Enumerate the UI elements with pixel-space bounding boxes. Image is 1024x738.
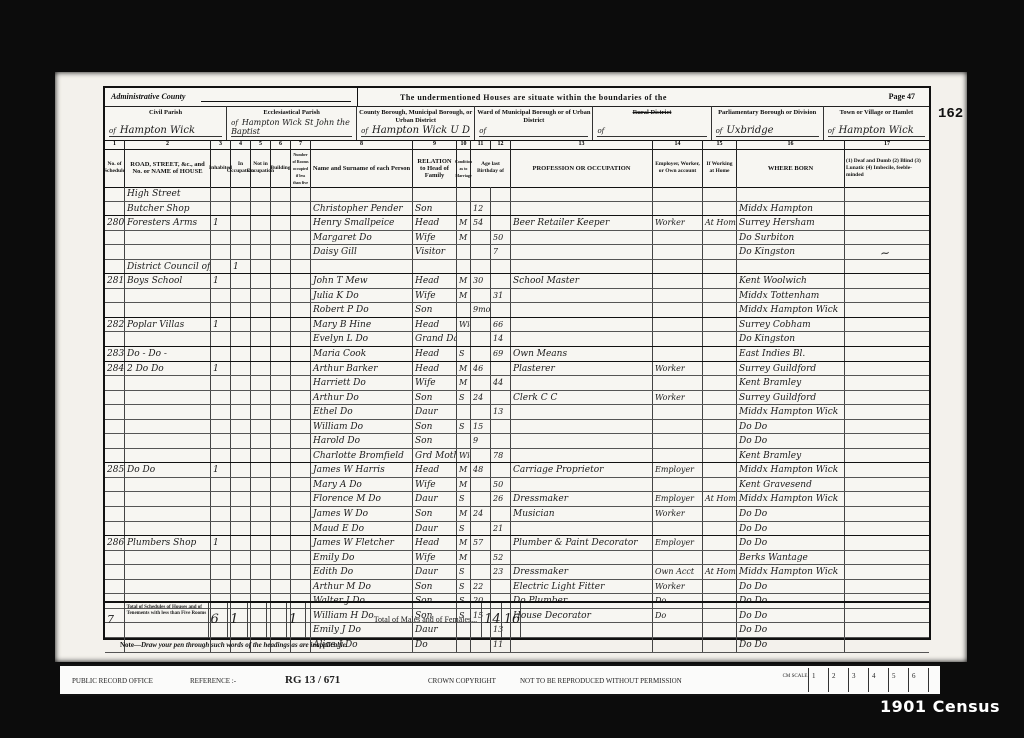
employer-cell (653, 187, 703, 201)
column-headings: No. of Schedule ROAD, STREET, &c., and N… (105, 149, 929, 188)
female-age-cell: 66 (491, 318, 511, 332)
not-in-occupation-cell (251, 507, 271, 521)
road-cell (125, 245, 211, 259)
where-born-cell: Do Do (737, 522, 845, 536)
not-in-occupation-cell (251, 405, 271, 419)
parliamentary-borough-value: ofUxbridge (716, 125, 819, 137)
where-born-cell: Surrey Guildford (737, 391, 845, 405)
name-cell: Florence M Do (311, 492, 413, 506)
road-cell (125, 391, 211, 405)
total-building (267, 603, 287, 638)
condition-cell (457, 332, 471, 346)
road-cell (125, 420, 211, 434)
at-home-cell (703, 245, 737, 259)
female-age-cell: 44 (491, 376, 511, 390)
schedule-cell (105, 522, 125, 536)
relation-cell: Grand Daut (413, 332, 457, 346)
in-occupation-cell (231, 362, 251, 376)
male-age-cell: 57 (471, 536, 491, 550)
female-age-cell (491, 303, 511, 317)
scale-mark-1: 1 (808, 668, 828, 692)
municipal-ward-value: of (479, 125, 588, 137)
condition-cell: M (457, 463, 471, 477)
male-age-cell (471, 289, 491, 303)
female-age-cell (491, 536, 511, 550)
in-occupation-cell (231, 522, 251, 536)
condition-cell: Wid (457, 449, 471, 463)
employer-cell: Own Acct (653, 565, 703, 579)
heading-building: Building (271, 149, 291, 187)
urban-district-label: County Borough, Municipal Borough, or Ur… (357, 106, 474, 125)
table-row: Harriett DoWifeM44Kent Bramley (105, 376, 929, 391)
female-age-cell: 50 (491, 478, 511, 492)
relation-cell: Daur (413, 565, 457, 579)
table-row: Julia K DoWifeM31Middx Tottenham (105, 289, 929, 304)
name-cell: James W Fletcher (311, 536, 413, 550)
schedule-cell (105, 492, 125, 506)
table-row: Robert P DoSon9moMiddx Hampton Wick (105, 303, 929, 318)
infirmity-cell (845, 522, 929, 536)
name-cell: Mary A Do (311, 478, 413, 492)
schedule-cell (105, 420, 125, 434)
female-age-cell (491, 434, 511, 448)
margin-annotation: ~ (879, 245, 891, 260)
not-in-occupation-cell (251, 231, 271, 245)
name-cell: Arthur Barker (311, 362, 413, 376)
at-home-cell (703, 376, 737, 390)
table-row: Arthur M DoSonS22Electric Light FitterWo… (105, 580, 929, 595)
occupation-cell: Dressmaker (511, 492, 653, 506)
scale-mark-end (928, 668, 958, 692)
condition-cell: S (457, 492, 471, 506)
table-row: 285Do Do1James W HarrisHeadM48Carriage P… (105, 463, 929, 478)
col-num-15: 15 (703, 140, 737, 149)
building-cell (271, 522, 291, 536)
employer-cell: Employer (653, 492, 703, 506)
town-village-hamlet-label: Town or Village or Hamlet (824, 106, 929, 117)
not-in-occupation-cell (251, 565, 271, 579)
female-age-cell: 13 (491, 405, 511, 419)
at-home-cell (703, 507, 737, 521)
inhabited-cell (211, 245, 231, 259)
condition-cell (457, 405, 471, 419)
female-age-cell: 14 (491, 332, 511, 346)
female-age-cell (491, 187, 511, 201)
table-row: Charlotte BromfieldGrd MotherWid78Kent B… (105, 449, 929, 464)
occupation-cell (511, 231, 653, 245)
reproduction-notice: NOT TO BE REPRODUCED WITHOUT PERMISSION (520, 677, 682, 685)
condition-cell: M (457, 289, 471, 303)
female-age-cell: 31 (491, 289, 511, 303)
road-cell: Butcher Shop (125, 202, 211, 216)
occupation-cell: Clerk C C (511, 391, 653, 405)
schedule-cell: 282 (105, 318, 125, 332)
male-age-cell (471, 187, 491, 201)
infirmity-cell (845, 420, 929, 434)
not-in-occupation-cell (251, 536, 271, 550)
building-cell (271, 565, 291, 579)
employer-cell (653, 376, 703, 390)
administrative-county-box: Administrative County (105, 88, 358, 106)
inhabited-cell (211, 347, 231, 361)
rooms-cell (291, 289, 311, 303)
male-age-cell (471, 245, 491, 259)
occupation-cell: Musician (511, 507, 653, 521)
at-home-cell (703, 391, 737, 405)
col-num-12: 12 (491, 140, 511, 149)
road-cell (125, 580, 211, 594)
total-inhabited: 6 (209, 603, 229, 638)
schedule-cell (105, 376, 125, 390)
male-age-cell: 22 (471, 580, 491, 594)
rooms-cell (291, 551, 311, 565)
male-age-cell (471, 231, 491, 245)
relation-cell: Wife (413, 551, 457, 565)
schedule-cell (105, 303, 125, 317)
where-born-cell: Middx Hampton (737, 202, 845, 216)
female-age-cell: 21 (491, 522, 511, 536)
table-row: Butcher ShopChristopher PenderSon12Middx… (105, 202, 929, 217)
building-cell (271, 216, 291, 230)
employer-cell (653, 303, 703, 317)
building-cell (271, 463, 291, 477)
name-cell (311, 260, 413, 274)
inhabited-cell (211, 522, 231, 536)
total-not-in-occupation (248, 603, 268, 638)
schedule-cell (105, 187, 125, 201)
in-occupation-cell (231, 449, 251, 463)
inhabited-cell (211, 260, 231, 274)
infirmity-cell (845, 187, 929, 201)
schedule-cell: 280 (105, 216, 125, 230)
occupation-cell: School Master (511, 274, 653, 288)
relation-cell: Head (413, 347, 457, 361)
where-born-cell: Do Do (737, 420, 845, 434)
civil-parish: Civil Parish ofHampton Wick (105, 106, 227, 140)
not-in-occupation-cell (251, 347, 271, 361)
boundaries-intro: The undermentioned Houses are situate wi… (400, 93, 667, 102)
not-in-occupation-cell (251, 492, 271, 506)
infirmity-cell (845, 362, 929, 376)
rooms-cell (291, 507, 311, 521)
at-home-cell (703, 580, 737, 594)
occupation-cell (511, 318, 653, 332)
male-age-cell: 54 (471, 216, 491, 230)
rooms-cell (291, 492, 311, 506)
rooms-cell (291, 187, 311, 201)
name-cell: Emily Do (311, 551, 413, 565)
building-cell (271, 245, 291, 259)
at-home-cell (703, 551, 737, 565)
reference-label: REFERENCE :- (190, 677, 236, 685)
occupation-cell: Electric Light Fitter (511, 580, 653, 594)
at-home-cell (703, 463, 737, 477)
not-in-occupation-cell (251, 289, 271, 303)
rural-district-value: of (597, 125, 706, 137)
male-age-cell (471, 551, 491, 565)
schedule-cell (105, 231, 125, 245)
infirmity-cell (845, 551, 929, 565)
relation-cell: Son (413, 202, 457, 216)
infirmity-cell (845, 580, 929, 594)
building-cell (271, 551, 291, 565)
rooms-cell (291, 463, 311, 477)
total-females: 16 (502, 603, 522, 638)
where-born-cell: Middx Tottenham (737, 289, 845, 303)
where-born-cell: Surrey Guildford (737, 362, 845, 376)
male-age-cell: 30 (471, 274, 491, 288)
table-row: Ethel DoDaur13Middx Hampton Wick (105, 405, 929, 420)
building-cell (271, 303, 291, 317)
administrative-county-line (201, 101, 351, 102)
road-cell (125, 332, 211, 346)
in-occupation-cell (231, 420, 251, 434)
male-age-cell (471, 492, 491, 506)
occupation-cell (511, 551, 653, 565)
rooms-cell (291, 391, 311, 405)
relation-cell: Son (413, 303, 457, 317)
not-in-occupation-cell (251, 318, 271, 332)
occupation-cell (511, 434, 653, 448)
in-occupation-cell (231, 347, 251, 361)
infirmity-cell (845, 347, 929, 361)
road-cell (125, 405, 211, 419)
road-cell: Do - Do - (125, 347, 211, 361)
male-age-cell (471, 318, 491, 332)
female-age-cell: 7 (491, 245, 511, 259)
table-row: 283Do - Do -Maria CookHeadS69Own MeansEa… (105, 347, 929, 362)
col-num-11: 11 (471, 140, 491, 149)
town-village-hamlet-value: ofHampton Wick (828, 125, 925, 137)
inhabited-cell (211, 391, 231, 405)
occupation-cell (511, 522, 653, 536)
condition-cell: M (457, 274, 471, 288)
infirmity-cell (845, 289, 929, 303)
name-cell: James W Do (311, 507, 413, 521)
infirmity-cell (845, 391, 929, 405)
inhabited-cell (211, 303, 231, 317)
name-cell: Mary B Hine (311, 318, 413, 332)
census-form: Administrative County The undermentioned… (103, 86, 931, 640)
at-home-cell (703, 536, 737, 550)
in-occupation-cell (231, 434, 251, 448)
in-occupation-cell (231, 231, 251, 245)
building-cell (271, 449, 291, 463)
table-row: 280Foresters Arms1Henry SmallpeiceHeadM5… (105, 216, 929, 231)
relation-cell: Wife (413, 478, 457, 492)
male-age-cell: 48 (471, 463, 491, 477)
relation-cell: Head (413, 216, 457, 230)
schedule-cell (105, 434, 125, 448)
schedule-cell (105, 245, 125, 259)
in-occupation-cell (231, 565, 251, 579)
schedule-cell: 286 (105, 536, 125, 550)
building-cell (271, 274, 291, 288)
inhabited-cell (211, 289, 231, 303)
rooms-cell (291, 420, 311, 434)
rooms-cell (291, 303, 311, 317)
at-home-cell (703, 449, 737, 463)
not-in-occupation-cell (251, 376, 271, 390)
col-num-9: 9 (413, 140, 457, 149)
employer-cell: Employer (653, 463, 703, 477)
at-home-cell (703, 318, 737, 332)
in-occupation-cell (231, 303, 251, 317)
building-cell (271, 187, 291, 201)
occupation-cell (511, 376, 653, 390)
scale-mark-6: 6 (908, 668, 928, 692)
town-village-hamlet: Town or Village or Hamlet ofHampton Wick (824, 106, 929, 140)
table-row: Florence M DoDaurS26DressmakerEmployerAt… (105, 492, 929, 507)
col-num-3: 3 (211, 140, 231, 149)
schedule-cell (105, 478, 125, 492)
relation-cell: Wife (413, 231, 457, 245)
relation-cell: Do (413, 638, 457, 652)
total-males-females-label: Total of Males and of Females... (306, 603, 482, 638)
occupation-cell (511, 202, 653, 216)
rooms-cell (291, 216, 311, 230)
rooms-cell (291, 202, 311, 216)
road-cell (125, 492, 211, 506)
name-cell: Henry Smallpeice (311, 216, 413, 230)
inhabited-cell (211, 565, 231, 579)
name-cell: Julia K Do (311, 289, 413, 303)
col-num-5: 5 (251, 140, 271, 149)
not-in-occupation-cell (251, 274, 271, 288)
building-cell (271, 536, 291, 550)
scale-mark-5: 5 (888, 668, 908, 692)
infirmity-cell (845, 216, 929, 230)
reference-number: RG 13 / 671 (285, 674, 340, 686)
at-home-cell (703, 434, 737, 448)
table-row: Harold DoSon9Do Do (105, 434, 929, 449)
road-cell: District Council offices (125, 260, 211, 274)
not-in-occupation-cell (251, 449, 271, 463)
civil-parish-value: ofHampton Wick (109, 125, 222, 137)
rooms-cell (291, 449, 311, 463)
road-cell: 2 Do Do (125, 362, 211, 376)
name-cell: Harold Do (311, 434, 413, 448)
building-cell (271, 362, 291, 376)
where-born-cell: East Indies Bl. (737, 347, 845, 361)
total-males: 14 (482, 603, 502, 638)
schedule-cell: 285 (105, 463, 125, 477)
col-num-7: 7 (291, 140, 311, 149)
occupation-cell: Own Means (511, 347, 653, 361)
relation-cell: Son (413, 507, 457, 521)
name-cell: John T Mew (311, 274, 413, 288)
infirmity-cell (845, 260, 929, 274)
scale-mark-4: 4 (868, 668, 888, 692)
ecclesiastical-parish: Ecclesiastical Parish ofHampton Wick St … (227, 106, 357, 140)
road-cell (125, 478, 211, 492)
building-cell (271, 391, 291, 405)
building-cell (271, 434, 291, 448)
name-cell: Margaret Do (311, 231, 413, 245)
totals-row: 7 Total of Schedules of Houses and of Te… (105, 601, 929, 638)
at-home-cell (703, 362, 737, 376)
employer-cell (653, 638, 703, 652)
table-row: District Council offices1 (105, 260, 929, 275)
employer-cell (653, 260, 703, 274)
not-in-occupation-cell (251, 478, 271, 492)
form-note: Note—Draw your pen through such words of… (120, 641, 348, 649)
where-born-cell: Middx Hampton Wick (737, 463, 845, 477)
rooms-cell (291, 522, 311, 536)
condition-cell: S (457, 522, 471, 536)
not-in-occupation-cell (251, 332, 271, 346)
col-num-1: 1 (105, 140, 125, 149)
schedule-cell (105, 565, 125, 579)
not-in-occupation-cell (251, 216, 271, 230)
at-home-cell (703, 638, 737, 652)
relation-cell: Head (413, 318, 457, 332)
at-home-cell (703, 332, 737, 346)
total-schedules-label: Total of Schedules of Houses and of Tene… (125, 603, 209, 638)
female-age-cell (491, 202, 511, 216)
rooms-cell (291, 318, 311, 332)
rooms-cell (291, 580, 311, 594)
infirmity-cell (845, 231, 929, 245)
female-age-cell (491, 391, 511, 405)
col-num-14: 14 (653, 140, 703, 149)
table-row: Emily DoWifeM52Berks Wantage (105, 551, 929, 566)
female-age-cell: 26 (491, 492, 511, 506)
form-header-top: Administrative County The undermentioned… (105, 88, 929, 107)
not-in-occupation-cell (251, 522, 271, 536)
table-row: 286Plumbers Shop1James W FletcherHeadM57… (105, 536, 929, 551)
in-occupation-cell (231, 245, 251, 259)
employer-cell: Worker (653, 391, 703, 405)
rooms-cell (291, 405, 311, 419)
in-occupation-cell (231, 507, 251, 521)
cm-scale-label: CM SCALE (782, 668, 808, 692)
inhabited-cell (211, 551, 231, 565)
not-in-occupation-cell (251, 260, 271, 274)
road-cell (125, 289, 211, 303)
road-cell (125, 449, 211, 463)
employer-cell: Worker (653, 507, 703, 521)
schedule-cell: 281 (105, 274, 125, 288)
inhabited-cell (211, 202, 231, 216)
occupation-cell (511, 303, 653, 317)
census-caption: 1901 Census (880, 697, 1000, 716)
condition-cell: M (457, 478, 471, 492)
infirmity-cell (845, 405, 929, 419)
building-cell (271, 405, 291, 419)
name-cell: William Do (311, 420, 413, 434)
female-age-cell: 69 (491, 347, 511, 361)
female-age-cell (491, 216, 511, 230)
scale-mark-3: 3 (848, 668, 868, 692)
in-occupation-cell (231, 463, 251, 477)
male-age-cell (471, 347, 491, 361)
road-cell (125, 231, 211, 245)
rooms-cell (291, 434, 311, 448)
building-cell (271, 580, 291, 594)
heading-not-in-occupation: Not in Occupation (251, 149, 271, 187)
female-age-cell: 50 (491, 231, 511, 245)
heading-rooms: Number of Rooms occupied if less than fi… (291, 149, 311, 187)
name-cell: Harriett Do (311, 376, 413, 390)
heading-road: ROAD, STREET, &c., and No. or NAME of HO… (125, 149, 211, 187)
where-born-cell: Kent Gravesend (737, 478, 845, 492)
at-home-cell: At Home (703, 216, 737, 230)
name-cell: Edith Do (311, 565, 413, 579)
where-born-cell: Middx Hampton Wick (737, 303, 845, 317)
condition-cell: M (457, 376, 471, 390)
heading-condition: Condition as to Marriage (457, 149, 471, 187)
